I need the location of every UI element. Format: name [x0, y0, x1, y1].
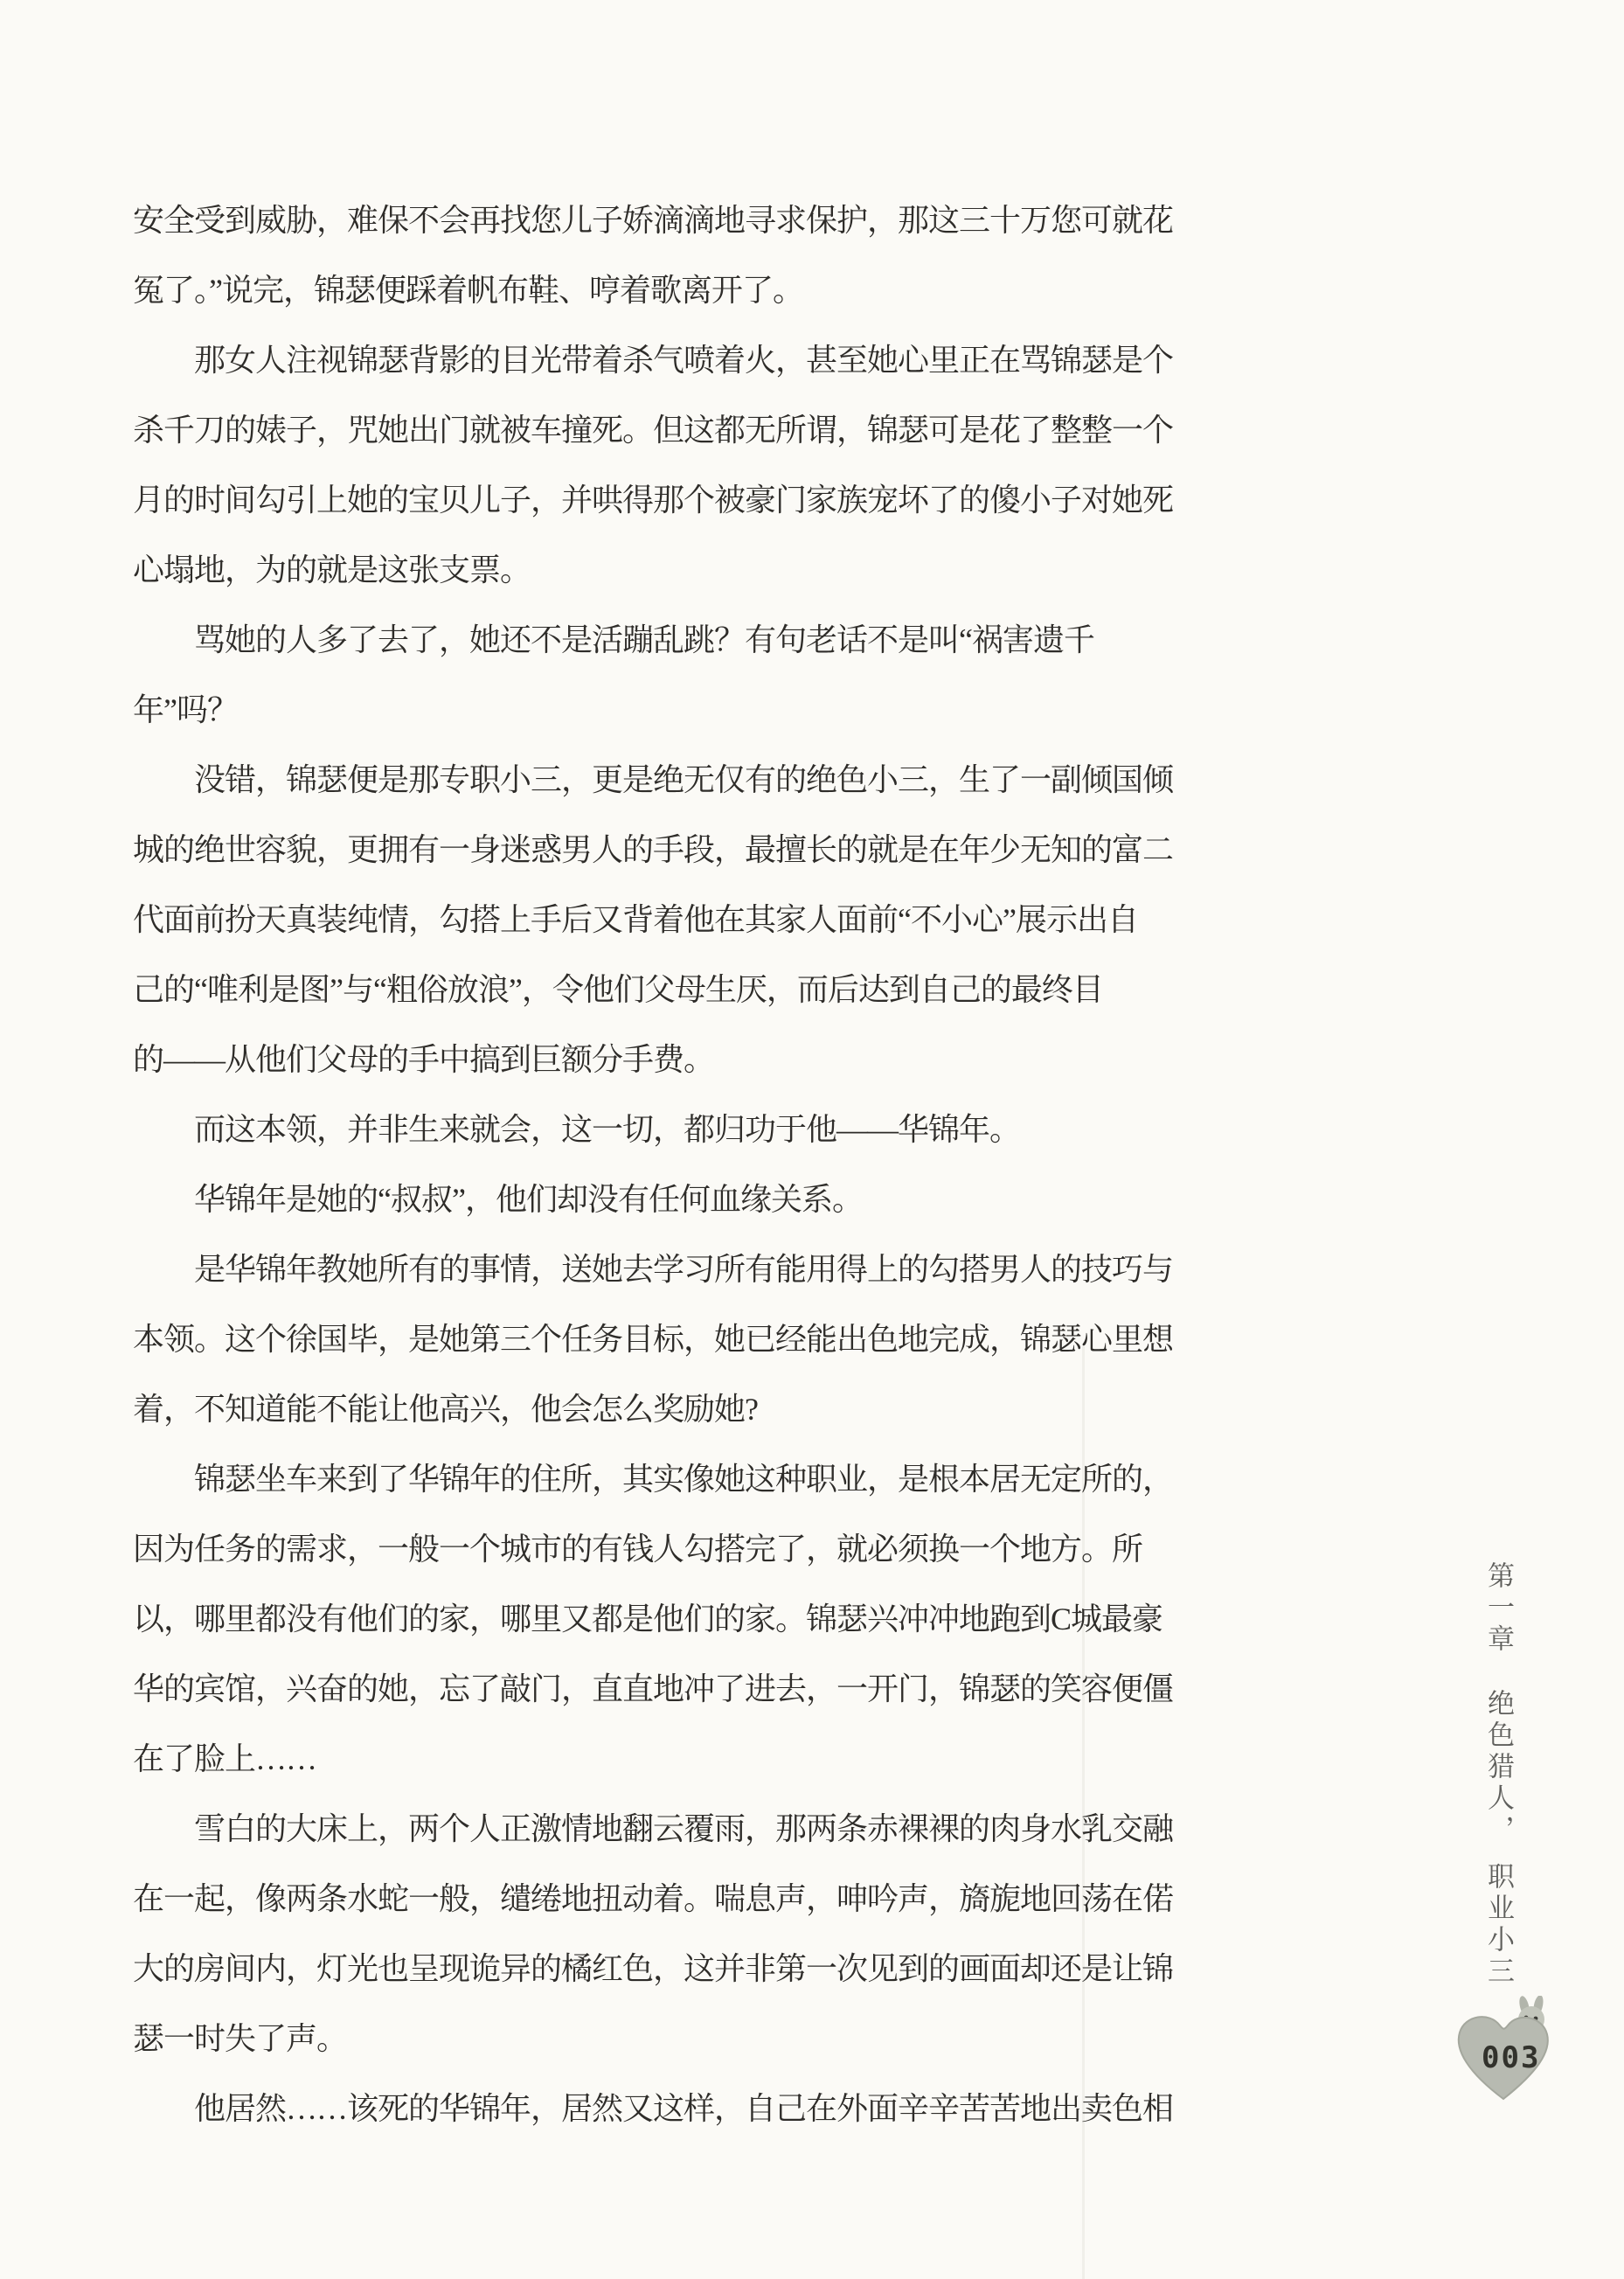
body-text-line: 代面前扮天真装纯情，勾搭上手后又背着他在其家人面前“不小心”展示出自 — [133, 885, 1217, 955]
body-text-line: 没错，锦瑟便是那专职小三，更是绝无仅有的绝色小三，生了一副倾国倾 — [133, 745, 1217, 815]
body-text-line: 在一起，像两条水蛇一般，缱绻地扭动着。喘息声，呻吟声，旖旎地回荡在偌 — [133, 1864, 1217, 1934]
book-page: 安全受到威胁，难保不会再找您儿子娇滴滴地寻求保护，那这三十万您可就花 冤了。”说… — [0, 0, 1624, 2279]
body-text-line: 他居然……该死的华锦年，居然又这样，自己在外面辛辛苦苦地出卖色相 — [133, 2074, 1217, 2144]
chapter-title-part-2: 职业小三 — [1479, 1862, 1518, 1988]
page-number: 003 — [1482, 2040, 1540, 2075]
body-text-line: 瑟一时失了声。 — [133, 2004, 1217, 2074]
body-text-line: 在了脸上…… — [133, 1724, 1217, 1794]
body-text-line: 杀千刀的婊子，咒她出门就被车撞死。但这都无所谓，锦瑟可是花了整整一个 — [133, 395, 1217, 465]
body-text-line: 而这本领，并非生来就会，这一切，都归功于他——华锦年。 — [133, 1094, 1217, 1164]
chapter-number-label: 第一章 — [1479, 1561, 1518, 1656]
body-text-line: 因为任务的需求，一般一个城市的有钱人勾搭完了，就必须换一个地方。所 — [133, 1514, 1217, 1584]
body-text-line: 冤了。”说完，锦瑟便踩着帆布鞋、哼着歌离开了。 — [133, 255, 1217, 325]
body-text-line: 的——从他们父母的手中搞到巨额分手费。 — [133, 1025, 1217, 1094]
body-text-line: 月的时间勾引上她的宝贝儿子，并哄得那个被豪门家族宠坏了的傻小子对她死 — [133, 465, 1217, 535]
body-text-line: 是华锦年教她所有的事情，送她去学习所有能用得上的勾搭男人的技巧与 — [133, 1234, 1217, 1304]
body-text-line: 心塌地，为的就是这张支票。 — [133, 535, 1217, 605]
chapter-title-vertical: 第一章 绝色猎人， 职业小三 — [1479, 1561, 1518, 1988]
body-text-line: 以，哪里都没有他们的家，哪里又都是他们的家。锦瑟兴冲冲地跑到C城最豪 — [133, 1584, 1217, 1654]
body-text-line: 锦瑟坐车来到了华锦年的住所，其实像她这种职业，是根本居无定所的， — [133, 1444, 1217, 1514]
body-text-line: 己的“唯利是图”与“粗俗放浪”，令他们父母生厌，而后达到自己的最终目 — [133, 955, 1217, 1025]
body-text-line: 安全受到威胁，难保不会再找您儿子娇滴滴地寻求保护，那这三十万您可就花 — [133, 185, 1217, 255]
body-text-block: 安全受到威胁，难保不会再找您儿子娇滴滴地寻求保护，那这三十万您可就花 冤了。”说… — [133, 185, 1217, 2144]
body-text-line: 骂她的人多了去了，她还不是活蹦乱跳？有句老话不是叫“祸害遗千 — [133, 605, 1217, 675]
heart-icon: 003 — [1449, 1996, 1576, 2118]
body-text-line: 着，不知道能不能让他高兴，他会怎么奖励她? — [133, 1374, 1217, 1444]
page-number-badge: 003 — [1449, 1996, 1576, 2118]
body-text-line: 华锦年是她的“叔叔”，他们却没有任何血缘关系。 — [133, 1164, 1217, 1234]
body-text-line: 大的房间内，灯光也呈现诡异的橘红色，这并非第一次见到的画面却还是让锦 — [133, 1934, 1217, 2004]
body-text-line: 本领。这个徐国毕，是她第三个任务目标，她已经能出色地完成，锦瑟心里想 — [133, 1304, 1217, 1374]
chapter-title-part-1: 绝色猎人， — [1479, 1689, 1518, 1846]
body-text-line: 那女人注视锦瑟背影的目光带着杀气喷着火，甚至她心里正在骂锦瑟是个 — [133, 325, 1217, 395]
body-text-line: 雪白的大床上，两个人正激情地翻云覆雨，那两条赤裸裸的肉身水乳交融 — [133, 1794, 1217, 1864]
body-text-line: 城的绝世容貌，更拥有一身迷惑男人的手段，最擅长的就是在年少无知的富二 — [133, 815, 1217, 885]
body-text-line: 华的宾馆，兴奋的她，忘了敲门，直直地冲了进去，一开门，锦瑟的笑容便僵 — [133, 1654, 1217, 1724]
body-text-line: 年”吗？ — [133, 675, 1217, 745]
